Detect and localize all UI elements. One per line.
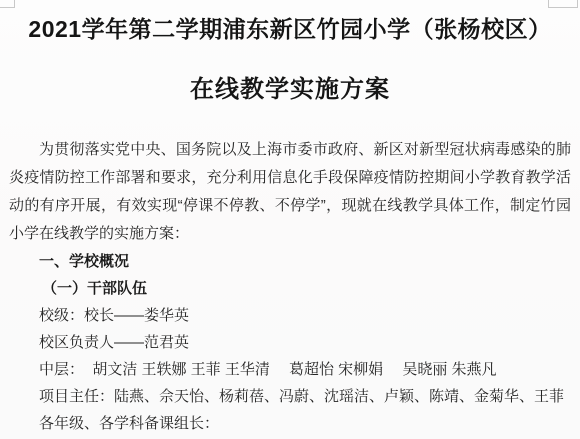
scan-artifact-top-right — [548, 0, 578, 8]
subsection-heading-cadre-team: （一）干部队伍 — [9, 275, 571, 302]
document-subtitle: 在线教学实施方案 — [9, 74, 571, 106]
line-middle-level-staff: 中层： 胡文洁 王轶娜 王菲 王华清 葛超怡 宋柳娟 吴晓丽 朱燕凡 — [9, 356, 571, 383]
line-school-principal: 校级：校长——娄华英 — [9, 302, 571, 329]
line-campus-head: 校区负责人——范君英 — [9, 329, 571, 356]
line-lesson-prep-leaders: 各年级、各学科备课组长： — [9, 410, 571, 437]
document-page: 2021学年第二学期浦东新区竹园小学（张杨校区） 在线教学实施方案 为贯彻落实党… — [0, 0, 580, 439]
document-title: 2021学年第二学期浦东新区竹园小学（张杨校区） — [9, 12, 571, 46]
intro-paragraph: 为贯彻落实党中央、国务院以及上海市委市政府、新区对新型冠状病毒感染的肺炎疫情防控… — [9, 136, 571, 248]
line-project-directors: 项目主任：陆燕、佘天怡、杨莉蓓、冯蔚、沈瑶洁、卢颖、陈靖、金菊华、王菲 — [9, 383, 571, 410]
section-heading-school-overview: 一、学校概况 — [9, 248, 571, 275]
scan-artifact-top-left — [0, 0, 15, 8]
